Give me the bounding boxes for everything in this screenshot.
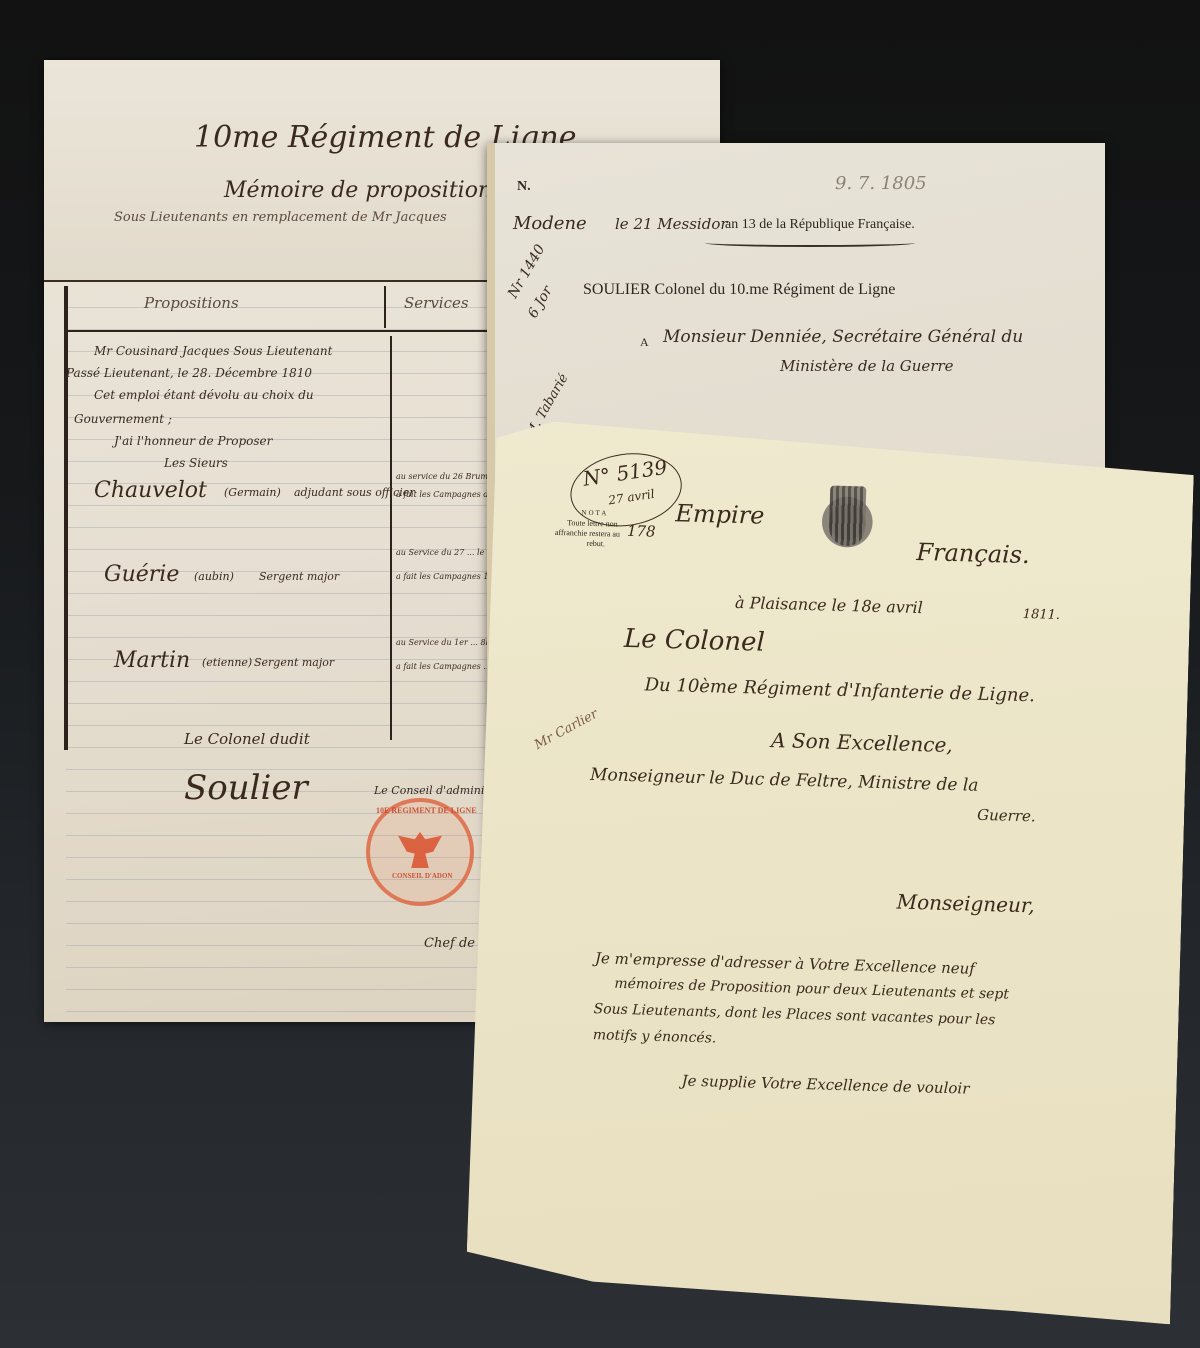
candidate-first-name: (etienne) [202, 656, 252, 669]
stamp-date: 27 avril [607, 487, 655, 508]
body-line: Cet emploi étant dévolu au choix du [94, 388, 314, 402]
letter-line: Du 10ème Régiment d'Infanterie de Ligne. [644, 674, 1035, 706]
body-line: Je m'empresse d'adresser à Votre Excelle… [595, 949, 975, 978]
candidate-name: Guérie [104, 562, 179, 587]
nota-title: NOTA [581, 509, 608, 518]
header-empire: Empire [675, 499, 765, 529]
margin-note: Mr Carlier [532, 707, 601, 753]
candidate-name: Chauvelot [94, 478, 207, 503]
header-francais: Français. [916, 538, 1030, 569]
recipient-line2: Ministère de la Guerre [780, 357, 954, 375]
header-column-rule [384, 286, 386, 328]
memoire-subtitle-line2: Sous Lieutenants en remplacement de Mr J… [114, 210, 447, 225]
seal-bottom-text: CONSEIL D'ADON [392, 872, 452, 880]
body-line: J'ai l'honneur de Proposer [114, 434, 272, 448]
candidate-first-name: (Germain) [224, 486, 281, 499]
date-prefix: le 21 Messidor [615, 215, 728, 233]
body-line: Passé Lieutenant, le 28. Décembre 1810 [66, 366, 312, 380]
letter-line: Guerre. [977, 806, 1036, 826]
place-date: à Plaisance le 18e avril [735, 593, 923, 617]
header-propositions: Propositions [144, 294, 239, 312]
red-regimental-seal: 10E REGIMENT DE LIGNE CONSEIL D'ADON [366, 798, 474, 906]
number-label: N. [517, 179, 531, 195]
candidate-rank: Sergent major [259, 570, 339, 583]
body-line: mémoires de Proposition pour deux Lieute… [614, 976, 1009, 1003]
nota-line: Toute lettre non [567, 518, 618, 528]
margin-note: 6 Jor [525, 283, 556, 321]
eagle-icon [398, 832, 442, 868]
letter-line: A Son Excellence, [771, 728, 953, 757]
seal-top-text: 10E REGIMENT DE LIGNE [376, 806, 477, 815]
reference-number: 178 [627, 522, 656, 541]
left-rule [64, 286, 68, 750]
body-line: Gouvernement ; [74, 412, 172, 426]
recipient-prefix: A [640, 335, 649, 350]
imperial-coat-of-arms-icon [806, 477, 888, 559]
candidate-rank: Sergent major [254, 656, 334, 669]
body-line: Les Sieurs [164, 456, 228, 470]
body-line: Je supplie Votre Excellence de vouloir [681, 1072, 969, 1098]
header-services: Services [404, 294, 469, 312]
nota-line: affranchie restera au [555, 528, 620, 539]
column-rule [390, 336, 392, 740]
archive-note: 9. 7. 1805 [835, 173, 927, 194]
candidate-first-name: (aubin) [194, 570, 234, 583]
recipient: Monsieur Denniée, Secrétaire Général du [663, 327, 1023, 347]
letter-line: Le Colonel [624, 624, 766, 658]
place: Modene [513, 213, 587, 234]
candidate-name: Martin [114, 648, 190, 673]
closing-text: Le Colonel dudit [184, 730, 310, 748]
body-line: Sous Lieutenants, dont les Places sont v… [593, 1001, 995, 1028]
body-line: motifs y énoncés. [593, 1027, 717, 1046]
letter-line: Monseigneur le Duc de Feltre, Ministre d… [590, 765, 979, 796]
year: 1811. [1023, 607, 1061, 623]
stamp-number: N° 5139 [581, 455, 668, 491]
nota-line: rebut. [586, 539, 605, 549]
letter-heading: SOULIER Colonel du 10.me Régiment de Lig… [583, 281, 895, 299]
flourish-divider [705, 239, 915, 247]
document-empire-letter: N° 5139 27 avril NOTA Toute lettre non a… [465, 420, 1194, 1324]
body-line: Mr Cousinard Jacques Sous Lieutenant [94, 344, 332, 358]
memoire-subtitle: Mémoire de proposition [224, 178, 492, 203]
salutation: Monseigneur, [896, 890, 1035, 918]
colonel-signature: Soulier [184, 768, 308, 808]
date-suffix: an 13 de la République Française. [725, 217, 915, 233]
